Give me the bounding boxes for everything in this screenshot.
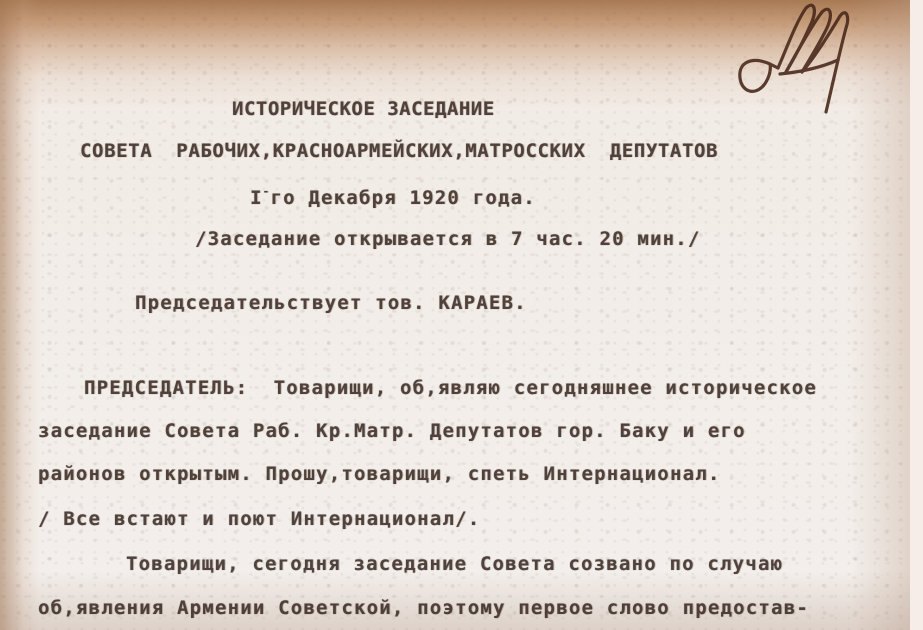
handwritten-page-number xyxy=(730,2,860,120)
paragraph-line-1: Товарищи, сегодня заседание Совета созва… xyxy=(126,553,783,575)
document-title-line-2: СОВЕТА РАБОЧИХ,КРАСНОАРМЕЙСКИХ,МАТРОССКИ… xyxy=(80,140,718,162)
document-page: ИСТОРИЧЕСКОЕ ЗАСЕДАНИЕ СОВЕТА РАБОЧИХ,КР… xyxy=(0,0,910,630)
paper-stain-left xyxy=(0,0,40,630)
presiding-note: Председательствует тов. КАРАЕВ. xyxy=(135,292,527,314)
chair-speech-line-2: заседание Совета Раб. Кр.Матр. Депутатов… xyxy=(38,420,746,442)
date-rest: го Декабря 1920 года. xyxy=(270,187,535,209)
paragraph-line-2: об,явления Армении Советской, поэтому пе… xyxy=(38,597,809,619)
chair-speech-line-1: ПРЕДСЕДАТЕЛЬ: Товарищи, об,являю сегодня… xyxy=(84,377,817,399)
document-title-line-1: ИСТОРИЧЕСКОЕ ЗАСЕДАНИЕ xyxy=(232,98,495,120)
date-day: I xyxy=(250,187,263,209)
stage-direction: / Все встают и поют Интернационал/. xyxy=(38,508,480,530)
chair-speech-line-3: районов открытым. Прошу,товарищи, спеть … xyxy=(38,463,721,485)
session-opening-note: /Заседание открывается в 7 час. 20 мин./ xyxy=(195,228,701,250)
session-date: I-го Декабря 1920 года. xyxy=(250,185,536,209)
